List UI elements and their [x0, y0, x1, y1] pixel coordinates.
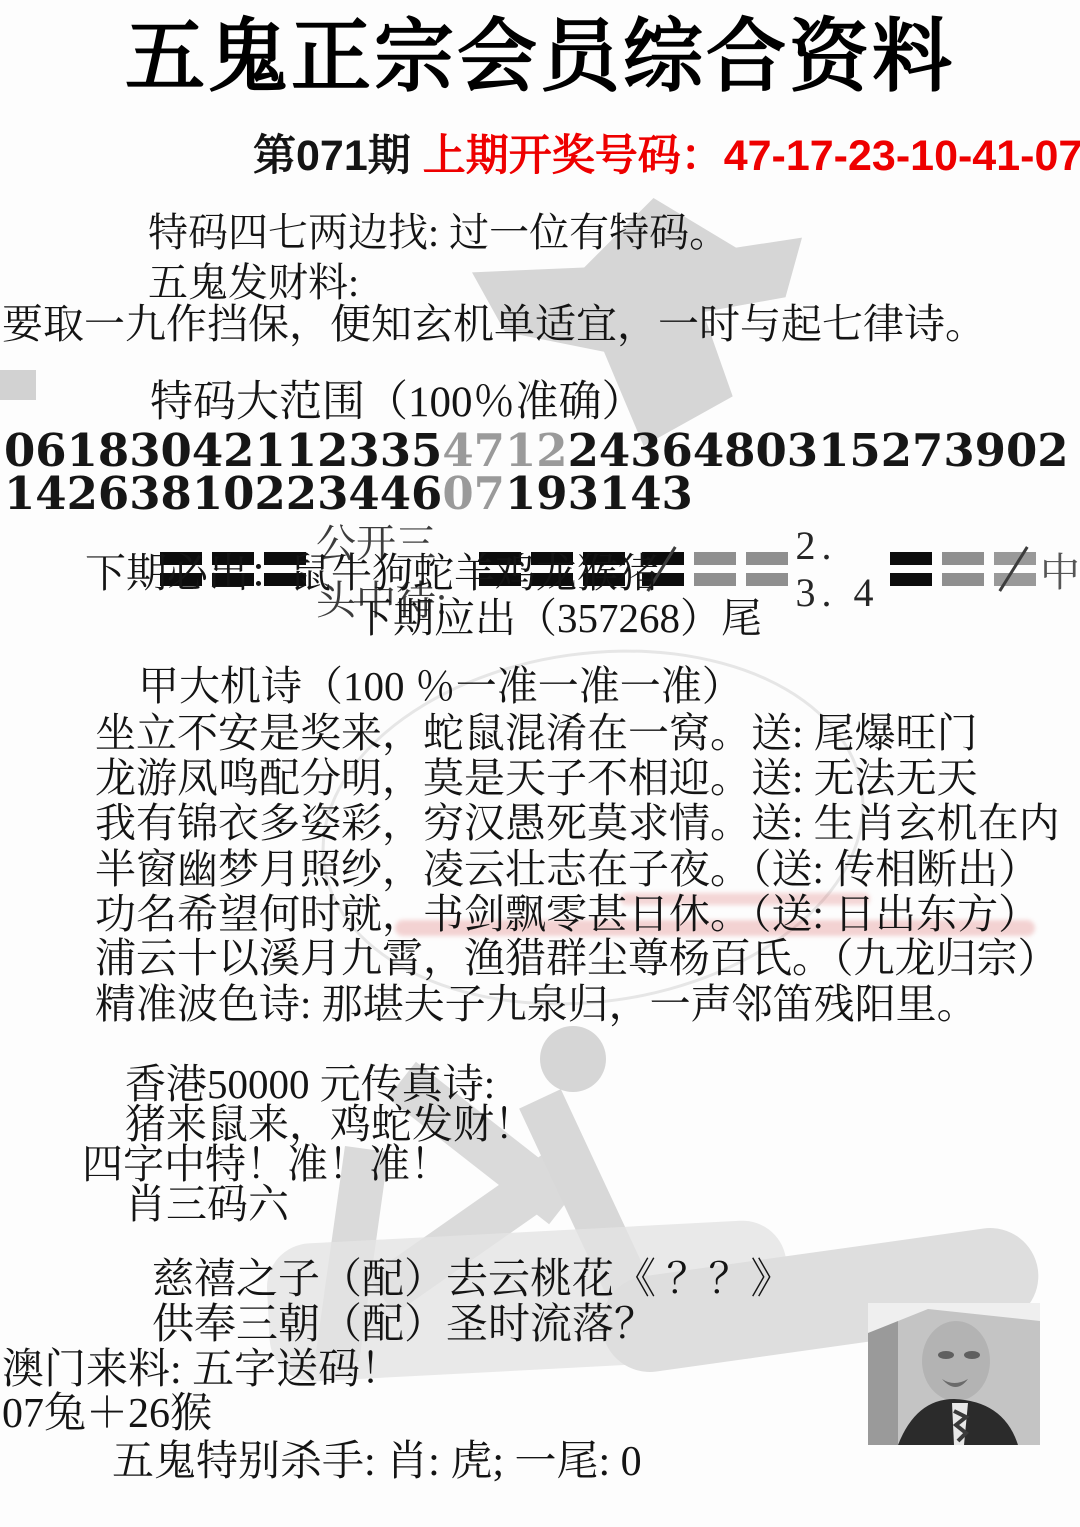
- heads-tail-char: 中: [1040, 541, 1080, 598]
- tip-line: 特码四七两边找: 过一位有特码。: [148, 212, 729, 254]
- fax-line: 肖三码六: [125, 1183, 289, 1226]
- fax-line: 猪来鼠来，鸡蛇发财！: [125, 1103, 535, 1146]
- poem-line: 龙游凤鸣配分明，莫是天子不相迎。送: 无法无天: [95, 757, 978, 800]
- special-number: 26: [67, 467, 130, 520]
- lottery-info-sheet: 五鬼正宗会员综合资料 第071期 上期开奖号码：47-17-23-10-41-0…: [0, 0, 1080, 1527]
- poem-line: 浦云十以溪月九霄，渔猎群尘尊杨百氏。（九龙归宗）: [95, 937, 1059, 980]
- poem-line: 我有锦衣多姿彩，穷汉愚死莫求情。送: 生肖玄机在内: [95, 802, 1060, 845]
- digram-bar-icon: [694, 552, 736, 586]
- digram-bar-icon: [746, 552, 788, 586]
- poem-line: 功名希望何时就，书剑飘零甚日休。（送: 日出东方）: [95, 893, 1039, 936]
- special-number: 15: [818, 424, 881, 477]
- poem-line: 精准波色诗: 那堪夫子九泉归，一声邻笛残阳里。: [95, 983, 978, 1026]
- killer-line: 五鬼特别杀手: 肖: 虎; 一尾: 0: [112, 1440, 642, 1484]
- special-number: 27: [881, 424, 944, 477]
- last-draw-label: 上期开奖号码：: [423, 132, 724, 180]
- watermark-figure-head: [540, 1026, 606, 1092]
- digram-bar-icon: [942, 552, 984, 586]
- pair-line: 慈禧之子（配）去云桃花《 ？？》: [152, 1258, 793, 1302]
- special-number: 14: [4, 467, 67, 520]
- next-must-line: 下期必出：鼠牛狗蛇羊鸡龙猴猪: [85, 552, 659, 595]
- subheader: 第071期 上期开奖号码：47-17-23-10-41-07+25: [253, 134, 1080, 179]
- digram-bar-group: [890, 552, 1036, 586]
- special-number: 03: [756, 424, 819, 477]
- portrait-photo: [868, 1303, 1040, 1445]
- tip-line: 要取一九作挡保，便知玄机单适宜，一时与起七律诗。: [2, 303, 986, 346]
- issue-number: 第071期: [253, 132, 411, 180]
- tip-line: 五鬼发财料:: [148, 262, 359, 304]
- range-title: 特码大范围（100％准确）: [150, 380, 645, 425]
- fax-line: 四字中特！准！准！: [82, 1143, 451, 1186]
- macau-line: 澳门来料: 五字送码！: [2, 1348, 402, 1392]
- poem-line: 坐立不安是奖来，蛇鼠混淆在一窝。送: 尾爆旺门: [95, 712, 978, 755]
- next-tails-line: 下期应出（357268）尾: [352, 597, 762, 640]
- poem-line: 半窗幽梦月照纱，凌云壮志在子夜。（送: 传相断出）: [95, 848, 1039, 891]
- watermark-square: [0, 370, 36, 400]
- special-number: 39: [943, 424, 1006, 477]
- digram-bar-icon: [890, 552, 932, 586]
- special-number: 02: [1006, 424, 1069, 477]
- fax-line: 香港50000 元传真诗:: [125, 1063, 495, 1106]
- last-draw-numbers: 47-17-23-10-41-07+25: [724, 132, 1080, 180]
- page-title: 五鬼正宗会员综合资料: [0, 16, 1080, 100]
- pair-line: 供奉三朝（配）圣时流落？: [152, 1303, 656, 1347]
- poem-title: 甲大机诗（100 ％一准一准一准）: [138, 665, 743, 708]
- special-number: 48: [693, 424, 756, 477]
- digram-bar-icon: [994, 552, 1036, 586]
- digram-bar-group: [642, 552, 788, 586]
- codes-line: 07兔＋26猴: [2, 1392, 212, 1436]
- heads-mid-numbers: 2. 3. 4: [796, 522, 883, 616]
